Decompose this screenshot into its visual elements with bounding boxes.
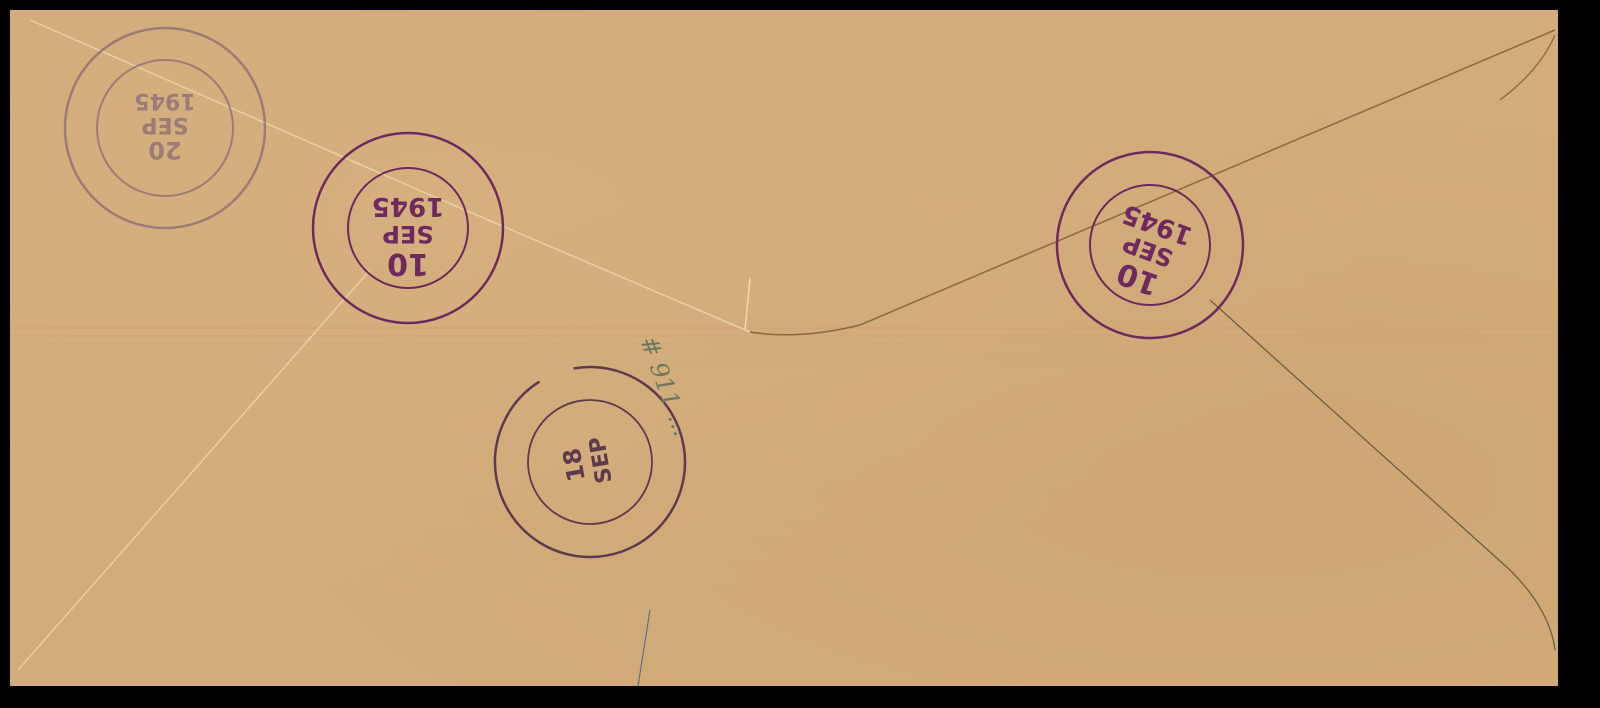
svg-text:20: 20 [148,136,181,164]
postmark-field-post: 20 SEP 1945 [65,28,265,228]
handwritten-note: # 911 ... [634,332,696,439]
flap-lines [18,20,1555,686]
svg-text:18: 18 [558,446,591,484]
svg-text:SEP: SEP [382,220,433,248]
svg-text:1945: 1945 [134,88,195,113]
postmark-uss-left: 10 SEP 1945 [313,133,503,323]
svg-text:1945: 1945 [372,191,444,221]
svg-text:10: 10 [387,246,429,281]
envelope-back: 20 SEP 1945 10 SEP 1945 10 SEP 1945 18 S… [10,10,1558,686]
svg-text:SEP: SEP [142,112,189,137]
ruled-band [10,328,1558,360]
envelope-artwork: 20 SEP 1945 10 SEP 1945 10 SEP 1945 18 S… [10,10,1558,686]
